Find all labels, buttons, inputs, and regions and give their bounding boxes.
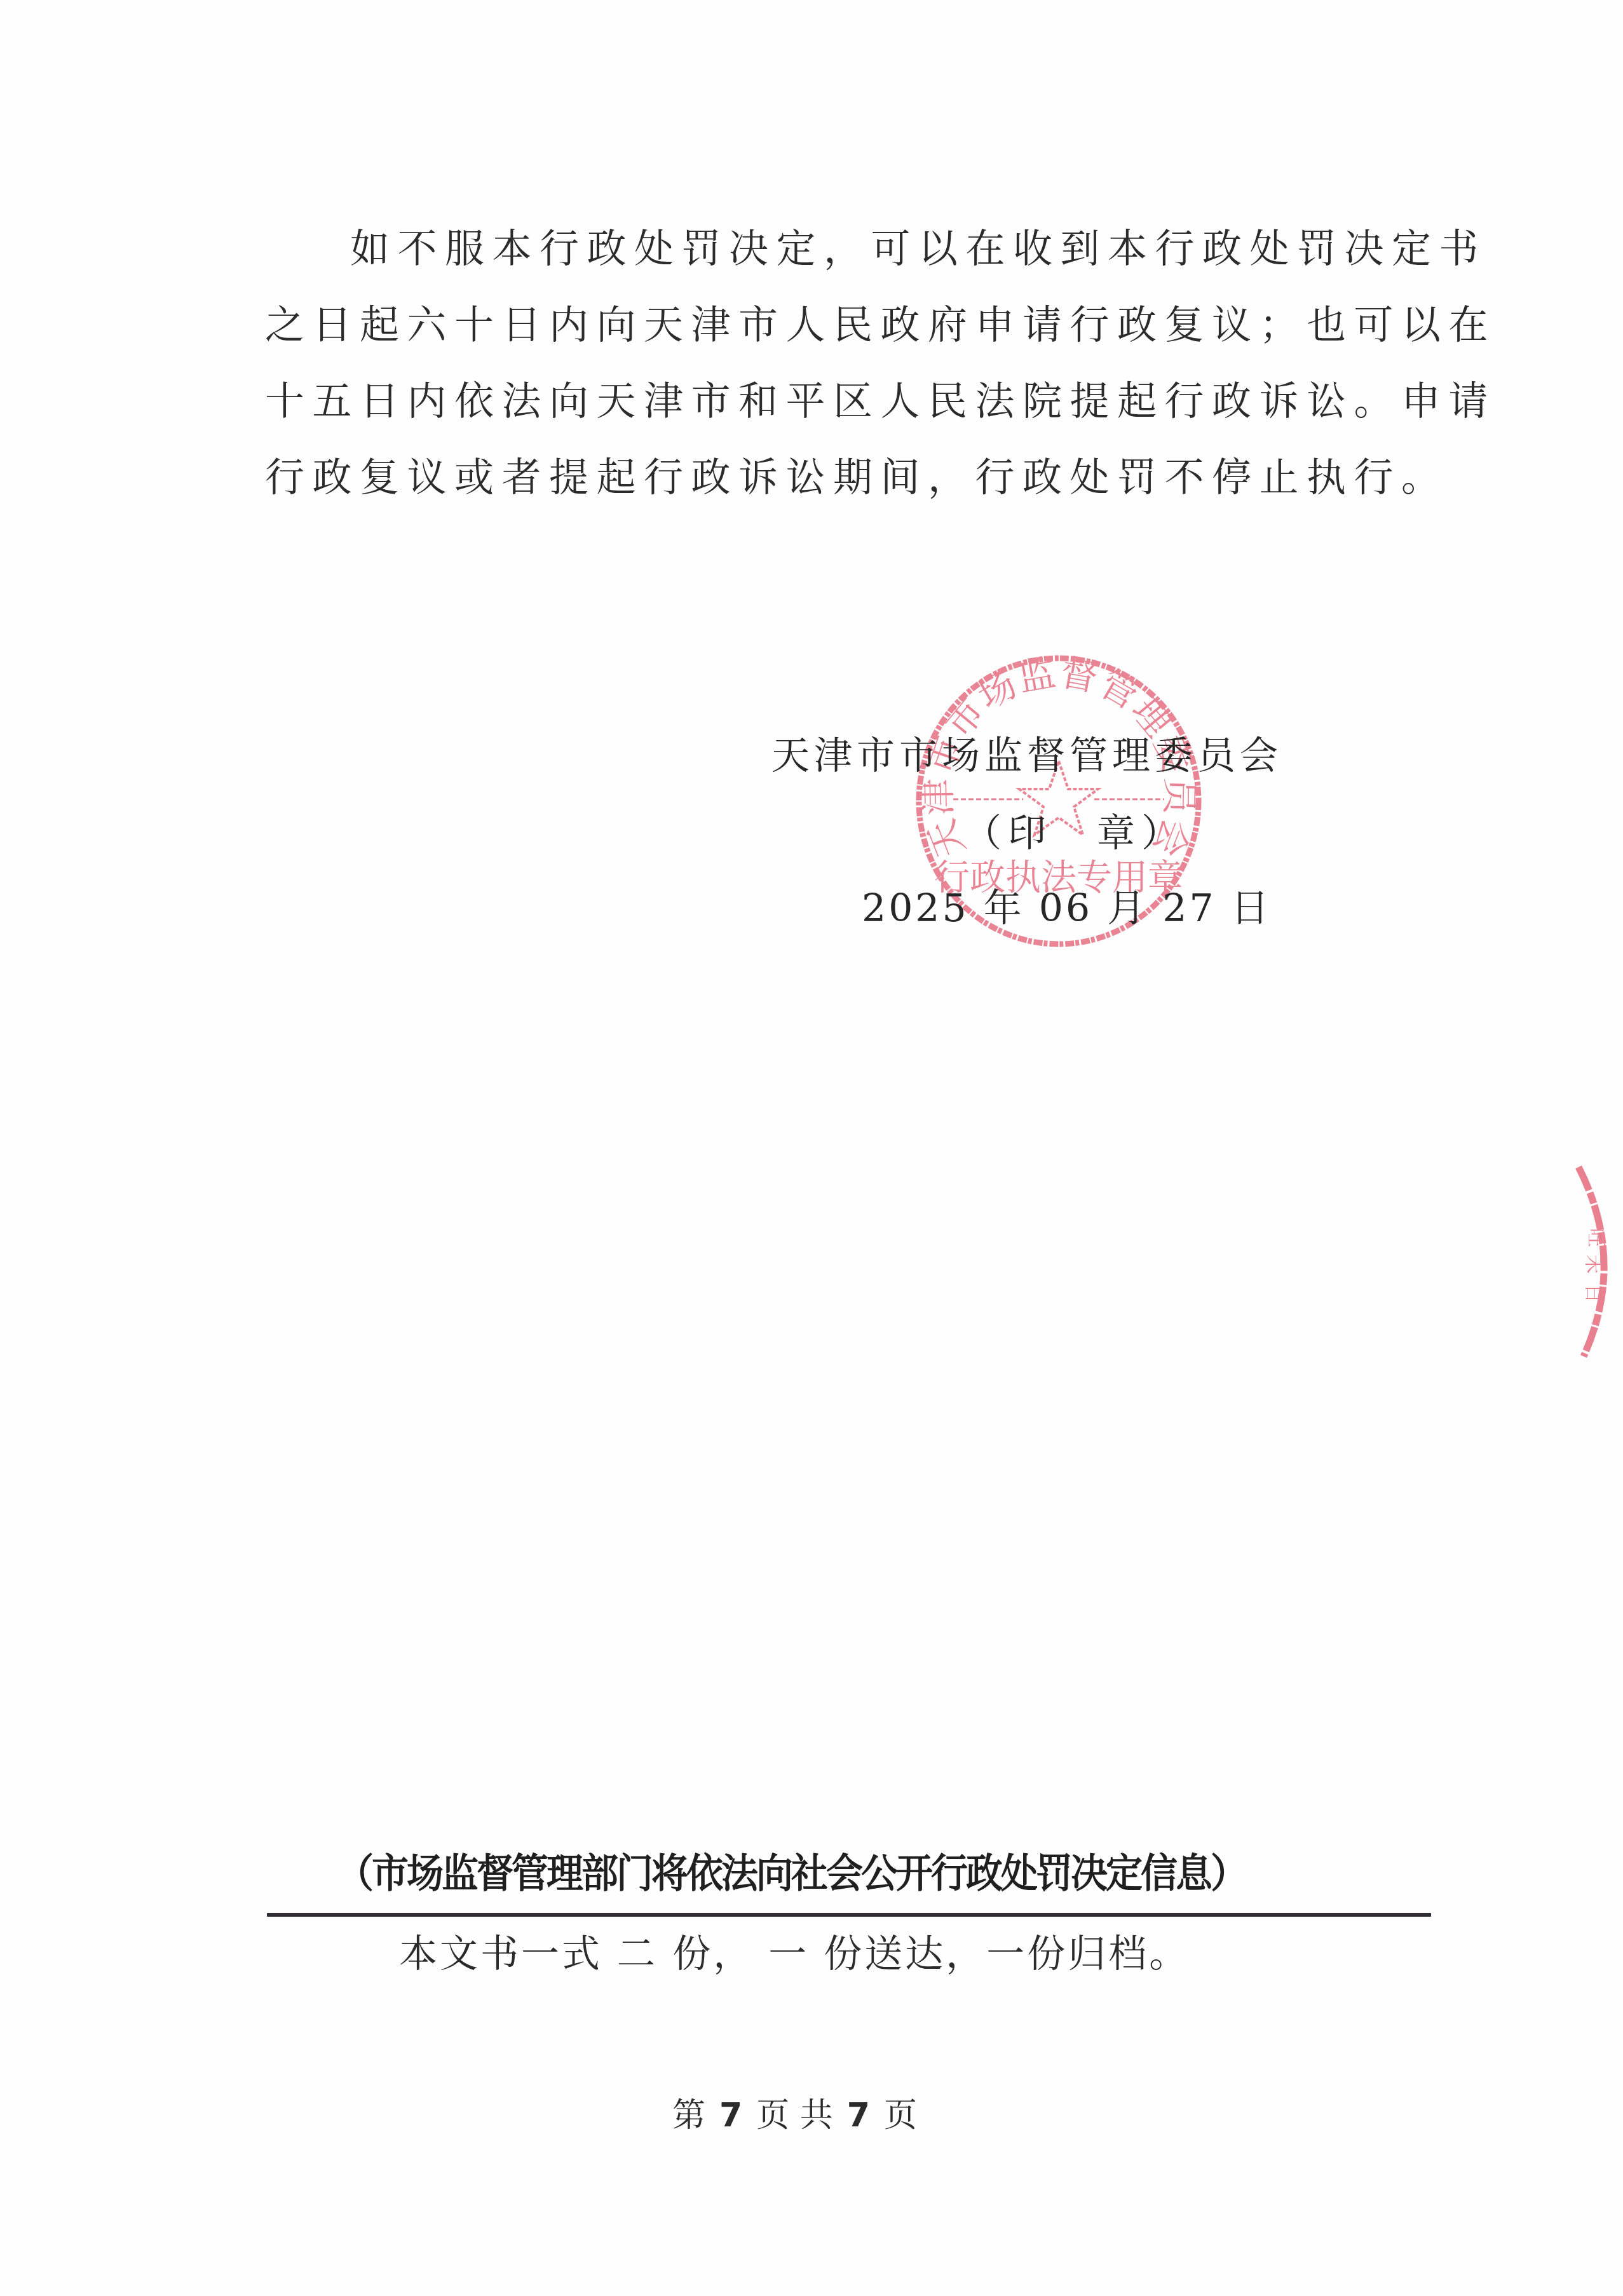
disclosure-notice: （市场监督管理部门将依法向社会公开行政处罚决定信息） [337, 1846, 1303, 1900]
notice-line: 如不服本行政处罚决定，可以在收到本行政处罚决定书 [350, 224, 1486, 274]
page-number-footer: 第7页 共7页 [672, 2093, 917, 2138]
total-pages-number: 7 [847, 2093, 870, 2138]
footer-prefix: 第 [672, 2093, 705, 2138]
notice-line: 行政复议或者提起行政诉讼期间，行政处罚不停止执行。 [265, 452, 1449, 503]
notice-line: 之日起六十日内向天津市人民政府申请行政复议；也可以在 [265, 300, 1496, 351]
issuing-organization: 天津市市场监督管理委员会 [771, 731, 1282, 781]
svg-text:日: 日 [1582, 1284, 1605, 1303]
copies-statement: 本文书一式 二 份， 一 份送达，一份归档。 [399, 1929, 1190, 1980]
notice-line: 十五日内依法向天津市和平区人民法院提起行政诉讼。申请 [265, 376, 1496, 427]
stamp-label: （印 章） [963, 808, 1186, 859]
horizontal-divider [267, 1913, 1431, 1917]
current-page-number: 7 [719, 2093, 742, 2138]
document-page: 如不服本行政处罚决定，可以在收到本行政处罚决定书 之日起六十日内向天津市人民政府… [0, 0, 1623, 2296]
svg-text:禾: 禾 [1582, 1255, 1605, 1274]
svg-text:㕵: 㕵 [1585, 1228, 1607, 1247]
signature-block: 天津市市场监督管理委员会 （印 章） 2025 年 06 月 27 日 [771, 731, 1343, 947]
edge-seal-fragment-icon: 㕵 禾 日 [1551, 1159, 1623, 1363]
issue-date: 2025 年 06 月 27 日 [862, 883, 1272, 934]
footer-suffix: 页 [884, 2093, 917, 2138]
footer-middle: 页 共 [756, 2093, 833, 2138]
